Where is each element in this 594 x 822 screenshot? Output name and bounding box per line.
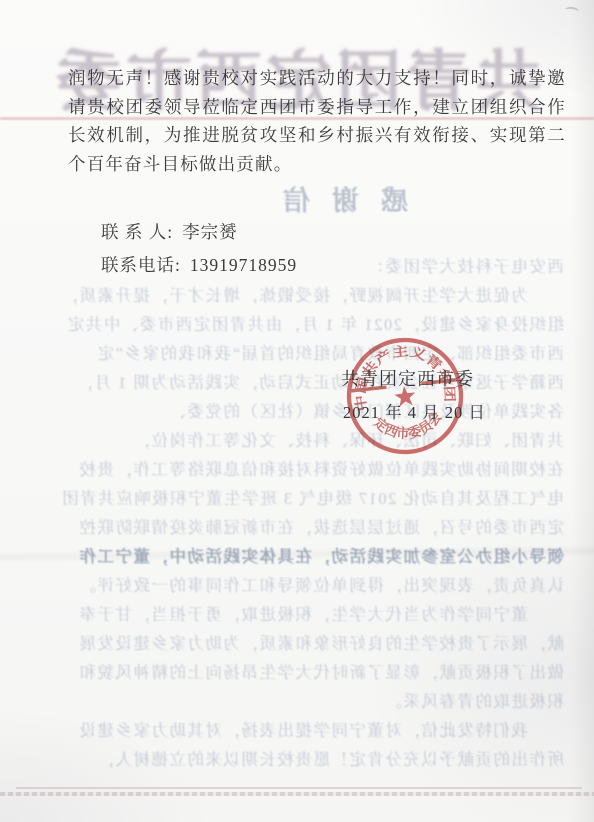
bleedthrough-text-line: 西市委组织部、定西市教育局组织的首届“我和我的家乡”定 (22, 340, 564, 366)
letter-body-paragraph: 润物无声！感谢贵校对实践活动的大力支持！同时，诚挚邀请贵校团委领导莅临定西团市委… (68, 64, 566, 178)
signature-date: 2021 年 4 月 20 日 (343, 399, 486, 423)
contact-person-line: 联 系 人:李宗赟 (101, 216, 297, 249)
bleedthrough-text-line: 我们特发此信，对董宁同学提出表扬，对其助力家乡建设 (22, 717, 564, 743)
bleedthrough-text-line: 组织投身家乡建设，2021 年 1 月，由共青团定西市委、中共定 (22, 311, 564, 337)
bleedthrough-text-line: 电气工程及其自动化 2017 级电气 3 班学生董宁积极响应共青团 (22, 485, 564, 511)
contact-phone-number: 13919718959 (181, 255, 297, 275)
contact-person-label: 联 系 人: (101, 222, 173, 242)
contact-person-name: 李宗赟 (173, 222, 238, 242)
contact-phone-label: 联系电话: (101, 255, 181, 275)
bleedthrough-footer-rule-textured (0, 792, 594, 796)
bleedthrough-text-line: 做出了积极贡献，彰显了新时代大学生昂扬向上的精神风貌和 (22, 659, 564, 685)
bleedthrough-text-line: 所作出的贡献予以充分肯定！愿贵校长期以来的立德树人， (22, 746, 564, 772)
bleedthrough-text-line: 董宁同学作为当代大学生，积极进取，勇于担当，甘于奉 (22, 601, 564, 627)
contact-block: 联 系 人:李宗赟 联系电话:13919718959 (101, 216, 297, 282)
bleedthrough-title-text: 感谢信 (246, 179, 408, 218)
contact-phone-line: 联系电话:13919718959 (101, 249, 297, 282)
bleedthrough-footer-rule-thin (16, 787, 582, 789)
bleedthrough-text-line: 认真负责，表现突出，得到单位领导和工作同事的一致好评。 (22, 572, 564, 598)
bleedthrough-text-line: 为促进大学生开阔视野，接受锻炼，增长才干，提升素质， (22, 282, 564, 308)
scanned-letter-page: 共青团定西市委 感谢信 西安电子科技大学团委： 为促进大学生开阔视野，接受锻炼，… (0, 0, 594, 822)
official-seal: 中国共产主义青年团 定西市委员会 (317, 308, 493, 484)
scan-artifact (565, 6, 580, 16)
signature-org: 共青团定西市委 (341, 365, 474, 391)
bleedthrough-text-line: 定西市委的号召，通过层层选拔，在市新冠肺炎疫情联防联控 (22, 514, 564, 540)
bleedthrough-text-line: 献，展示了贵校学生的良好形象和素质，为助力家乡建设发展 (22, 630, 564, 656)
bleedthrough-text-line: 积极进取的青春风采。 (22, 688, 564, 714)
